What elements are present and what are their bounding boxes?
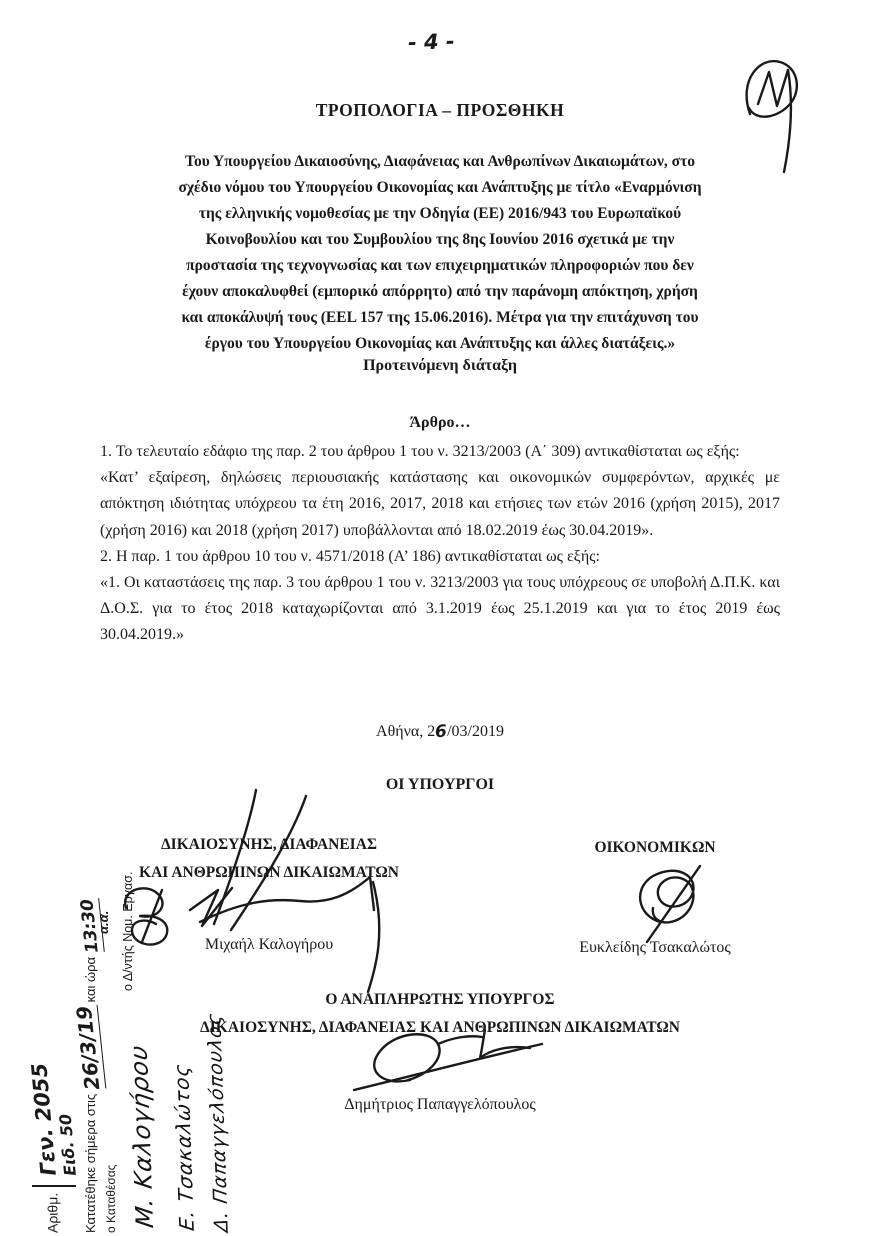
proposed-provision-heading: Προτεινόμενη διάταξη	[0, 357, 880, 375]
signature-tsakalotos-icon	[625, 860, 720, 952]
signature-papaggelopoulos-icon	[342, 1028, 557, 1100]
stamp-number-row: Αριθμ.Γεν. 2055Ειδ. 50	[32, 828, 76, 1233]
paragraph-2: 2. Η παρ. 1 του άρθρου 10 του ν. 4571/20…	[100, 544, 780, 570]
margin-signature-text: Δ. Παπαγγελόπουλος	[203, 1011, 233, 1233]
document-title: ΤΡΟΠΟΛΟΓΙΑ – ΠΡΟΣΘΗΚΗ	[0, 100, 880, 121]
preamble-line: της ελληνικής νομοθεσίας με την Οδηγία (…	[108, 201, 772, 227]
handwritten-day-digit: 6	[435, 722, 448, 743]
margin-signature-papaggelopoulos: Δ. Παπαγγελόπουλος	[207, 1026, 253, 1231]
stamp-deposited-date: 26/3/19	[72, 1005, 107, 1091]
preamble-line: Του Υπουργείου Δικαιοσύνης, Διαφάνειας κ…	[108, 149, 772, 175]
stamp-time-label: και ώρα	[83, 957, 98, 1002]
stamp-deposited-text: Κατατέθηκε σήμερα στις	[83, 1094, 98, 1233]
preamble-line: προστασία της τεχνογνωσίας και των επιχε…	[108, 253, 772, 279]
ministers-heading: ΟΙ ΥΠΟΥΡΓΟΙ	[0, 776, 880, 794]
paragraph-1: 1. Το τελευταίο εδάφιο της παρ. 2 του άρ…	[100, 439, 780, 465]
stamp-number-label: Αριθμ.	[44, 1193, 60, 1233]
article-heading: Άρθρο…	[0, 414, 880, 432]
date-suffix: /03/2019	[447, 723, 504, 740]
preamble-line: έργου του Υπουργείου Οικονομίας και Ανάπ…	[108, 331, 772, 357]
preamble-line: έχουν αποκαλυφθεί (εμπορικό απόρρητο) απ…	[108, 279, 772, 305]
article-body: 1. Το τελευταίο εδάφιο της παρ. 2 του άρ…	[100, 439, 780, 649]
margin-signature-text: Μ. Καλογήρου	[125, 1043, 159, 1230]
preamble-line: σχέδιο νόμου του Υπουργείου Οικονομίας κ…	[108, 175, 772, 201]
margin-signature-text: Ε. Τσακαλώτος	[169, 1062, 199, 1232]
preamble: Του Υπουργείου Δικαιοσύνης, Διαφάνειας κ…	[108, 149, 772, 357]
margin-signature-kalogirou: Μ. Καλογήρου	[128, 1022, 174, 1227]
quoted-provision-2: «1. Οι καταστάσεις της παρ. 3 του άρθρου…	[100, 570, 780, 649]
date-line: Αθήνα, 26/03/2019	[0, 721, 880, 741]
page-number: - 4 -	[408, 29, 455, 55]
scanned-document-page: - 4 - ΤΡΟΠΟΛΟΓΙΑ – ΠΡΟΣΘΗΚΗ Του Υπουργεί…	[0, 0, 880, 1236]
stamp-depositor-label: ο Καταθέσας	[104, 828, 118, 1233]
date-prefix: Αθήνα, 2	[376, 723, 435, 740]
signature-kalogirou-icon	[168, 782, 413, 1002]
stamp-time-value: 13:30	[77, 898, 105, 954]
preamble-line: Κοινοβουλίου και του Συμβουλίου της 8ης …	[108, 227, 772, 253]
minister-finance-title: ΟΙΚΟΝΟΜΙΚΩΝ	[490, 834, 820, 862]
preamble-line: και αποκάλυψή τους (ΕΕL 157 της 15.06.20…	[108, 305, 772, 331]
quoted-provision-1: «Κατ’ εξαίρεση, δηλώσεις περιουσιακής κα…	[100, 465, 780, 544]
